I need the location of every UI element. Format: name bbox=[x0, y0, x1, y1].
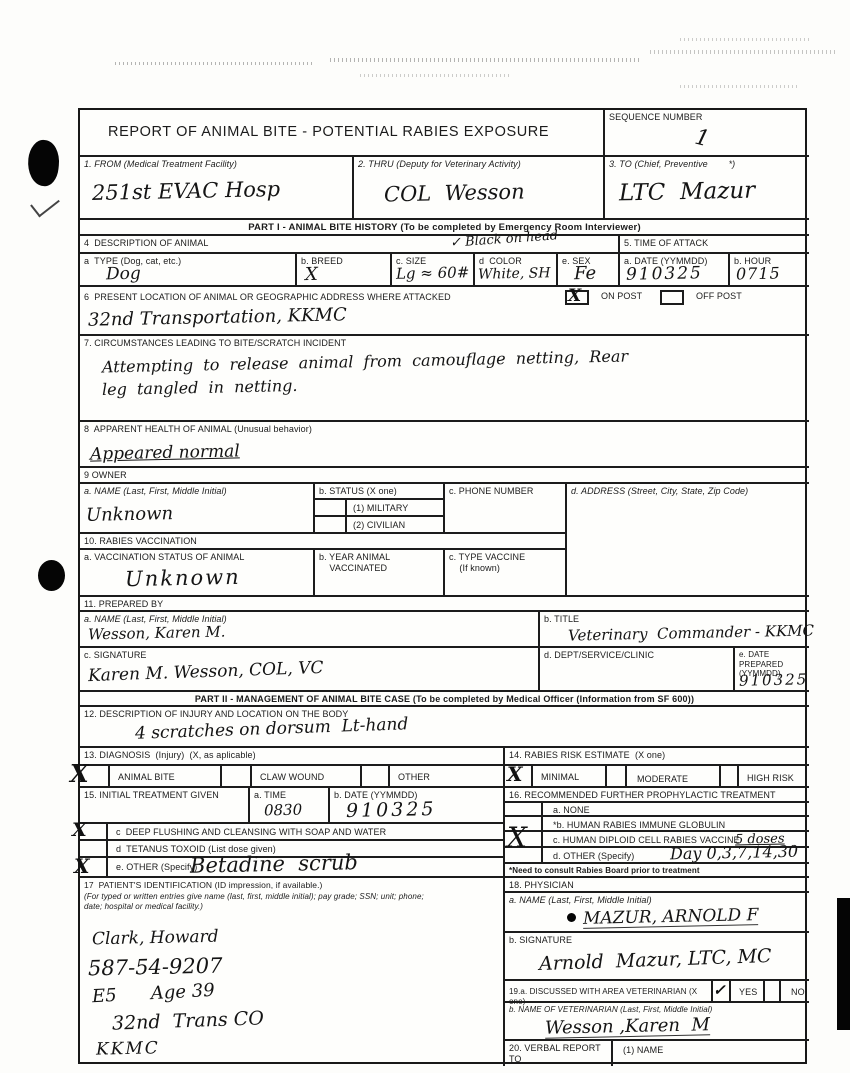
preparer-title-field: b. TITLE Veterinary Commander - KKMC bbox=[540, 612, 809, 648]
owner-address-field: d. ADDRESS (Street, City, State, Zip Cod… bbox=[567, 484, 809, 597]
treatment-date-cell: b. DATE (YYMMDD) 910325 bbox=[330, 788, 505, 824]
patient-ssn: 587-54-9207 bbox=[88, 956, 223, 980]
item11-label: 11. PREPARED BY bbox=[80, 597, 809, 610]
animal-bite-report-form: REPORT OF ANIMAL BITE - POTENTIAL RABIES… bbox=[78, 108, 807, 1064]
to-label: 3. TO (Chief, Preventive *) bbox=[605, 157, 809, 170]
animal-breed-field: b. BREED X bbox=[297, 254, 392, 287]
globulin-label: *b. HUMAN RABIES IMMUNE GLOBULIN bbox=[549, 818, 727, 831]
thru-value: COL Wesson bbox=[384, 182, 525, 206]
animal-color-field: d COLOR White, SH bbox=[475, 254, 558, 287]
item16-row-b: *b. HUMAN RABIES IMMUNE GLOBULIN bbox=[505, 817, 809, 832]
ink-blob-artifact bbox=[26, 139, 62, 188]
off-post-checkbox bbox=[660, 290, 684, 305]
form-title-cell: REPORT OF ANIMAL BITE - POTENTIAL RABIES… bbox=[80, 110, 605, 157]
year-vaccinated-field: b. YEAR ANIMAL VACCINATED bbox=[315, 550, 445, 597]
other-diagnosis-checkbox bbox=[360, 766, 390, 788]
preparer-title-value: Veterinary Commander - KKMC bbox=[568, 623, 814, 643]
punch-hole-artifact bbox=[38, 560, 65, 591]
item19b-row: b. NAME OF VETERINARIAN (Last, First, Mi… bbox=[505, 1003, 809, 1041]
item10-header: 10. RABIES VACCINATION bbox=[80, 534, 567, 550]
animal-bite-label: ANIMAL BITE bbox=[114, 770, 177, 783]
to-field: 3. TO (Chief, Preventive *) LTC Mazur bbox=[605, 157, 809, 220]
item7-label: 7. CIRCUMSTANCES LEADING TO BITE/SCRATCH… bbox=[80, 336, 809, 349]
other-treatment-value: Betadine scrub bbox=[190, 852, 358, 877]
attack-date-value: 910325 bbox=[626, 265, 703, 284]
minimal-label: MINIMAL bbox=[537, 770, 581, 783]
high-risk-checkbox bbox=[719, 766, 739, 788]
owner-name-value: Unknown bbox=[86, 505, 173, 525]
item4-header: 4 DESCRIPTION OF ANIMAL ✓ Black on head bbox=[80, 236, 620, 254]
vet-yes-check-mark: ✓ bbox=[713, 983, 726, 998]
item16-label: 16. RECOMMENDED FURTHER PROPHYLACTIC TRE… bbox=[505, 788, 809, 801]
vaccination-status-value: Unknown bbox=[125, 567, 241, 590]
vaccination-status-label: a. VACCINATION STATUS OF ANIMAL bbox=[80, 550, 313, 563]
none-label: a. NONE bbox=[549, 803, 592, 816]
owner-phone-label: c. PHONE NUMBER bbox=[445, 484, 565, 497]
animal-breed-value: X bbox=[305, 266, 318, 284]
preparer-name-label: a. NAME (Last, First, Middle Initial) bbox=[80, 612, 538, 625]
item5-header: 5. TIME OF ATTACK bbox=[620, 236, 809, 254]
other-diagnosis-label: OTHER bbox=[394, 770, 432, 783]
attack-hour-field: b. HOUR 0715 bbox=[730, 254, 809, 287]
item15-top-row: 15. INITIAL TREATMENT GIVEN a. TIME 0830… bbox=[80, 788, 505, 824]
attack-hour-value: 0715 bbox=[736, 266, 781, 283]
scan-bar-artifact bbox=[837, 898, 850, 1030]
item8-label: 8 APPARENT HEALTH OF ANIMAL (Unusual beh… bbox=[80, 422, 809, 435]
item16-footnote-text: *Need to consult Rabies Board prior to t… bbox=[505, 864, 809, 876]
none-checkbox bbox=[505, 803, 543, 817]
physician-signature-label: b. SIGNATURE bbox=[505, 933, 809, 946]
claw-wound-checkbox bbox=[220, 766, 252, 788]
item18-label: 18. PHYSICIAN bbox=[505, 878, 809, 891]
item16-header: 16. RECOMMENDED FURTHER PROPHYLACTIC TRE… bbox=[505, 788, 809, 803]
item13-options-row: ANIMAL BITE CLAW WOUND OTHER X bbox=[80, 766, 505, 788]
item13-label: 13. DIAGNOSIS (Injury) (X, as aplicable) bbox=[80, 748, 503, 761]
minimal-check-mark: X bbox=[507, 764, 523, 784]
item8-value: Appeared normal bbox=[90, 443, 240, 463]
vaccination-status-field: a. VACCINATION STATUS OF ANIMAL Unknown bbox=[80, 550, 315, 597]
item16-row-a: a. NONE bbox=[505, 803, 809, 817]
sequence-number-label: SEQUENCE NUMBER bbox=[605, 110, 809, 123]
item15-label: 15. INITIAL TREATMENT GIVEN bbox=[80, 788, 248, 801]
item14-options-row: MINIMAL MODERATE HIGH RISK X bbox=[505, 766, 809, 788]
part2-header: PART II - MANAGEMENT OF ANIMAL BITE CASE… bbox=[80, 692, 809, 707]
part1-header: PART I - ANIMAL BITE HISTORY (To be comp… bbox=[80, 220, 809, 236]
item6-location-field: 6 PRESENT LOCATION OF ANIMAL OR GEOGRAPH… bbox=[80, 287, 809, 336]
item14-header: 14. RABIES RISK ESTIMATE (X one) bbox=[505, 748, 809, 766]
item18-header: 18. PHYSICIAN bbox=[505, 878, 809, 893]
item11-header: 11. PREPARED BY bbox=[80, 597, 809, 612]
vet-no-checkbox bbox=[763, 981, 781, 1003]
claw-wound-label: CLAW WOUND bbox=[256, 770, 326, 783]
animal-sex-field: e. SEX Fe bbox=[558, 254, 620, 287]
other-treatment-label: e. OTHER (Specify) bbox=[112, 860, 199, 873]
treatment-time-value: 0830 bbox=[264, 803, 302, 819]
civilian-checkbox bbox=[315, 517, 347, 534]
item10-label: 10. RABIES VACCINATION bbox=[80, 534, 565, 547]
moderate-checkbox bbox=[605, 766, 627, 788]
item9-label: 9 OWNER bbox=[80, 468, 809, 481]
item7-circumstances-field: 7. CIRCUMSTANCES LEADING TO BITE/SCRATCH… bbox=[80, 336, 809, 422]
item9-header: 9 OWNER bbox=[80, 468, 809, 484]
animal-type-field: a TYPE (Dog, cat, etc.) Dog bbox=[80, 254, 297, 287]
item14-label: 14. RABIES RISK ESTIMATE (X one) bbox=[505, 748, 809, 761]
sequence-number-value: 1 bbox=[693, 127, 712, 152]
physician-name-field: a. NAME (Last, First, Middle Initial) MA… bbox=[505, 893, 809, 933]
treatment-time-cell: a. TIME 0830 bbox=[250, 788, 330, 824]
owner-name-field: a. NAME (Last, First, Middle Initial) Un… bbox=[80, 484, 315, 534]
chevron-mark-artifact bbox=[30, 190, 60, 218]
item15-row-e: e. OTHER (Specify) X Betadine scrub bbox=[80, 858, 505, 878]
thru-field: 2. THRU (Deputy for Veterinary Activity)… bbox=[354, 157, 605, 220]
preparer-dept-label: d. DEPT/SERVICE/CLINIC bbox=[540, 648, 733, 661]
owner-name-label: a. NAME (Last, First, Middle Initial) bbox=[80, 484, 313, 497]
physician-signature-value: Arnold Mazur, LTC, MC bbox=[539, 947, 772, 974]
thru-label: 2. THRU (Deputy for Veterinary Activity) bbox=[354, 157, 603, 170]
item13-header: 13. DIAGNOSIS (Injury) (X, as aplicable) bbox=[80, 748, 505, 766]
from-label: 1. FROM (Medical Treatment Facility) bbox=[80, 157, 352, 170]
item6-label: 6 PRESENT LOCATION OF ANIMAL OR GEOGRAPH… bbox=[80, 290, 453, 303]
off-post-label: OFF POST bbox=[692, 289, 744, 302]
animal-color-value: White, SH bbox=[478, 266, 551, 282]
item12-label: 12. DESCRIPTION OF INJURY AND LOCATION O… bbox=[80, 707, 809, 720]
item5-label: 5. TIME OF ATTACK bbox=[620, 236, 809, 249]
item12-value: 4 scratches on dorsum Lt-hand bbox=[135, 716, 409, 743]
sequence-number-cell: SEQUENCE NUMBER 1 bbox=[605, 110, 809, 157]
treatment-date-value: 910325 bbox=[346, 800, 437, 821]
status-civilian-row: (2) CIVILIAN bbox=[315, 517, 445, 534]
treatment-time-label: a. TIME bbox=[250, 788, 328, 801]
item19a-row: 19.a. DISCUSSED WITH AREA VETERINARIAN (… bbox=[505, 981, 809, 1003]
owner-address-label: d. ADDRESS (Street, City, State, Zip Cod… bbox=[567, 484, 809, 497]
animal-size-value: Lg ≈ 60# bbox=[396, 265, 470, 282]
animal-bite-check-mark: X bbox=[70, 762, 89, 786]
patient-name: Clark, Howard bbox=[92, 929, 219, 949]
animal-type-value: Dog bbox=[106, 266, 141, 284]
owner-phone-field: c. PHONE NUMBER bbox=[445, 484, 567, 534]
item20-label: 20. VERBAL REPORT TO bbox=[505, 1041, 611, 1065]
date-prepared-field: e. DATE PREPARED (YYMMDD) 910325 bbox=[735, 648, 809, 692]
military-checkbox bbox=[315, 500, 347, 517]
animal-size-field: c. SIZE Lg ≈ 60# bbox=[392, 254, 475, 287]
item17-patient-id-field: 17 PATIENT'S IDENTIFICATION (ID impressi… bbox=[80, 878, 505, 1066]
vet-yes-label: YES bbox=[735, 985, 759, 998]
item16-row-d: d. OTHER (Specify) Day 0,3,7,14,30 bbox=[505, 848, 809, 864]
owner-status-label: b. STATUS (X one) bbox=[315, 484, 445, 500]
scan-noise-strip bbox=[650, 50, 835, 54]
item19b-label: b. NAME OF VETERINARIAN (Last, First, Mi… bbox=[505, 1003, 809, 1015]
type-vaccine-field: c. TYPE VACCINE (If known) bbox=[445, 550, 567, 597]
physician-signature-field: b. SIGNATURE Arnold Mazur, LTC, MC bbox=[505, 933, 809, 981]
flushing-check-mark: X bbox=[72, 821, 87, 840]
flushing-label: c DEEP FLUSHING AND CLEANSING WITH SOAP … bbox=[112, 825, 388, 838]
item20-label-cell: 20. VERBAL REPORT TO bbox=[505, 1041, 613, 1066]
other-prophylaxis-label: d. OTHER (Specify) bbox=[549, 849, 636, 862]
other-prophylaxis-value: Day 0,3,7,14,30 bbox=[670, 844, 798, 863]
year-vaccinated-label: b. YEAR ANIMAL VACCINATED bbox=[315, 550, 443, 574]
patient-unit: 32nd Trans CO bbox=[112, 1009, 264, 1033]
preparer-dept-field: d. DEPT/SERVICE/CLINIC bbox=[540, 648, 735, 692]
preparer-signature-field: c. SIGNATURE Karen M. Wesson, COL, VC bbox=[80, 648, 540, 692]
on-post-label: ON POST bbox=[597, 289, 644, 302]
ink-smudge-artifact bbox=[567, 913, 576, 922]
preparer-name-field: a. NAME (Last, First, Middle Initial) We… bbox=[80, 612, 540, 648]
item20-name-label: (1) NAME bbox=[619, 1043, 665, 1056]
item16-footnote: *Need to consult Rabies Board prior to t… bbox=[505, 864, 809, 878]
to-value: LTC Mazur bbox=[619, 180, 756, 206]
attack-date-field: a. DATE (YYMMDD) 910325 bbox=[620, 254, 730, 287]
from-value: 251st EVAC Hosp bbox=[92, 179, 281, 204]
preparer-signature-value: Karen M. Wesson, COL, VC bbox=[88, 660, 324, 685]
scan-noise-strip bbox=[680, 38, 810, 41]
item17-sublabel: (For typed or written entries give name … bbox=[80, 890, 426, 911]
item20-row: 20. VERBAL REPORT TO (1) NAME bbox=[505, 1041, 809, 1066]
preparer-name-value: Wesson, Karen M. bbox=[88, 625, 226, 643]
status-military-row: (1) MILITARY bbox=[315, 500, 445, 517]
owner-status-field: b. STATUS (X one) (1) MILITARY (2) CIVIL… bbox=[315, 484, 445, 534]
civilian-label: (2) CIVILIAN bbox=[349, 518, 407, 531]
scan-noise-strip bbox=[115, 62, 315, 65]
military-label: (1) MILITARY bbox=[349, 501, 410, 514]
on-post-check-mark: X bbox=[568, 288, 581, 305]
item15-row-c: c DEEP FLUSHING AND CLEANSING WITH SOAP … bbox=[80, 824, 505, 841]
from-field: 1. FROM (Medical Treatment Facility) 251… bbox=[80, 157, 354, 220]
animal-sex-value: Fe bbox=[574, 265, 597, 283]
scanned-form-page: { "header": { "title": "REPORT OF ANIMAL… bbox=[0, 0, 850, 1073]
patient-facility: KKMC bbox=[96, 1040, 160, 1058]
other-prophylaxis-checkbox bbox=[505, 848, 543, 864]
item8-health-field: 8 APPARENT HEALTH OF ANIMAL (Unusual beh… bbox=[80, 422, 809, 468]
scan-noise-strip bbox=[330, 58, 640, 62]
physician-name-value: MAZUR, ARNOLD F bbox=[583, 907, 759, 929]
physician-name-label: a. NAME (Last, First, Middle Initial) bbox=[505, 893, 809, 906]
high-risk-label: HIGH RISK bbox=[743, 771, 796, 784]
item6-value: 32nd Transportation, KKMC bbox=[88, 306, 347, 329]
patient-grade-age: E5 Age 39 bbox=[92, 982, 216, 1006]
item7-line2: leg tangled in netting. bbox=[102, 378, 298, 398]
scan-noise-strip bbox=[360, 74, 510, 77]
scan-noise-strip bbox=[680, 85, 800, 88]
type-vaccine-label: c. TYPE VACCINE (If known) bbox=[445, 550, 565, 574]
item12-injury-field: 12. DESCRIPTION OF INJURY AND LOCATION O… bbox=[80, 707, 809, 748]
moderate-label: MODERATE bbox=[633, 772, 690, 785]
item15-label-cell: 15. INITIAL TREATMENT GIVEN bbox=[80, 788, 250, 824]
item17-label: 17 PATIENT'S IDENTIFICATION (ID impressi… bbox=[80, 878, 503, 890]
vet-no-label: NO bbox=[787, 985, 807, 998]
item7-line1: Attempting to release animal from camouf… bbox=[102, 348, 628, 375]
form-title: REPORT OF ANIMAL BITE - POTENTIAL RABIES… bbox=[80, 110, 603, 140]
date-prepared-value: 910325 bbox=[739, 672, 809, 688]
other-treatment-check-mark: X bbox=[74, 856, 90, 876]
veterinarian-name-value: Wesson ,Karen M bbox=[545, 1016, 710, 1038]
